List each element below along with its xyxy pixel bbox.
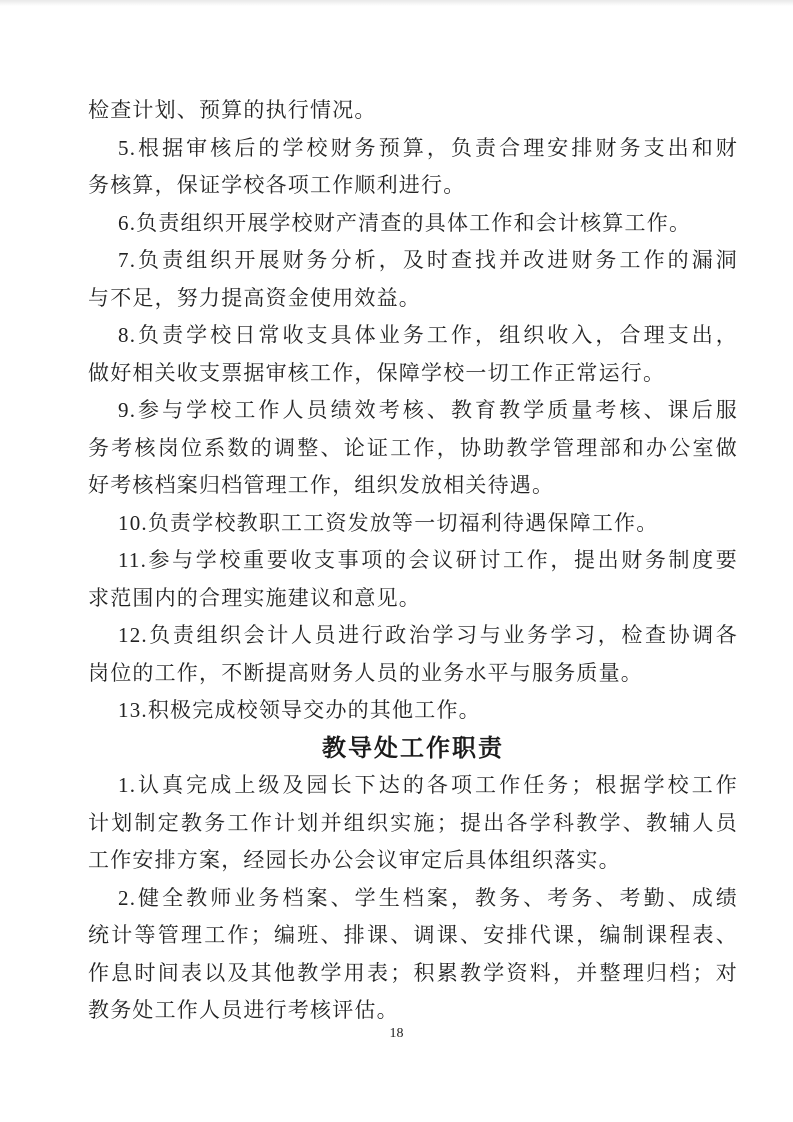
text-line: 7.负责组织开展财务分析，及时查找并改进财务工作的漏洞	[88, 242, 738, 280]
text-line: 13.积极完成校领导交办的其他工作。	[88, 692, 738, 730]
text-line: 8.负责学校日常收支具体业务工作，组织收入，合理支出，	[88, 317, 738, 355]
text-line: 5.根据审核后的学校财务预算，负责合理安排财务支出和财	[88, 130, 738, 168]
page-number: 18	[0, 1024, 793, 1044]
text-line: 9.参与学校工作人员绩效考核、教育教学质量考核、课后服	[88, 392, 738, 430]
document-page: 检查计划、预算的执行情况。5.根据审核后的学校财务预算，负责合理安排财务支出和财…	[0, 0, 793, 1122]
text-line: 2.健全教师业务档案、学生档案，教务、考务、考勤、成绩	[88, 880, 738, 918]
text-line: 作息时间表以及其他教学用表；积累教学资料，并整理归档；对	[88, 955, 738, 993]
text-line: 做好相关收支票据审核工作，保障学校一切工作正常运行。	[88, 355, 738, 393]
text-line: 好考核档案归档管理工作，组织发放相关待遇。	[88, 467, 738, 505]
text-line: 6.负责组织开展学校财产清查的具体工作和会计核算工作。	[88, 205, 738, 243]
text-line: 务考核岗位系数的调整、论证工作，协助教学管理部和办公室做	[88, 430, 738, 468]
text-line: 10.负责学校教职工工资发放等一切福利待遇保障工作。	[88, 505, 738, 543]
text-line: 1.认真完成上级及园长下达的各项工作任务；根据学校工作	[88, 767, 738, 805]
text-line: 检查计划、预算的执行情况。	[88, 92, 738, 130]
text-line: 计划制定教务工作计划并组织实施；提出各学科教学、教辅人员	[88, 805, 738, 843]
text-line: 12.负责组织会计人员进行政治学习与业务学习，检查协调各	[88, 617, 738, 655]
text-line: 工作安排方案，经园长办公会议审定后具体组织落实。	[88, 842, 738, 880]
document-body: 检查计划、预算的执行情况。5.根据审核后的学校财务预算，负责合理安排财务支出和财…	[88, 92, 738, 1030]
text-line: 与不足，努力提高资金使用效益。	[88, 280, 738, 318]
section-heading: 教导处工作职责	[88, 730, 738, 768]
text-line: 务核算，保证学校各项工作顺利进行。	[88, 167, 738, 205]
page-top-edge-shadow	[0, 0, 793, 6]
text-line: 统计等管理工作；编班、排课、调课、安排代课，编制课程表、	[88, 917, 738, 955]
text-line: 11.参与学校重要收支事项的会议研讨工作，提出财务制度要	[88, 542, 738, 580]
text-line: 岗位的工作，不断提高财务人员的业务水平与服务质量。	[88, 655, 738, 693]
text-line: 求范围内的合理实施建议和意见。	[88, 580, 738, 618]
